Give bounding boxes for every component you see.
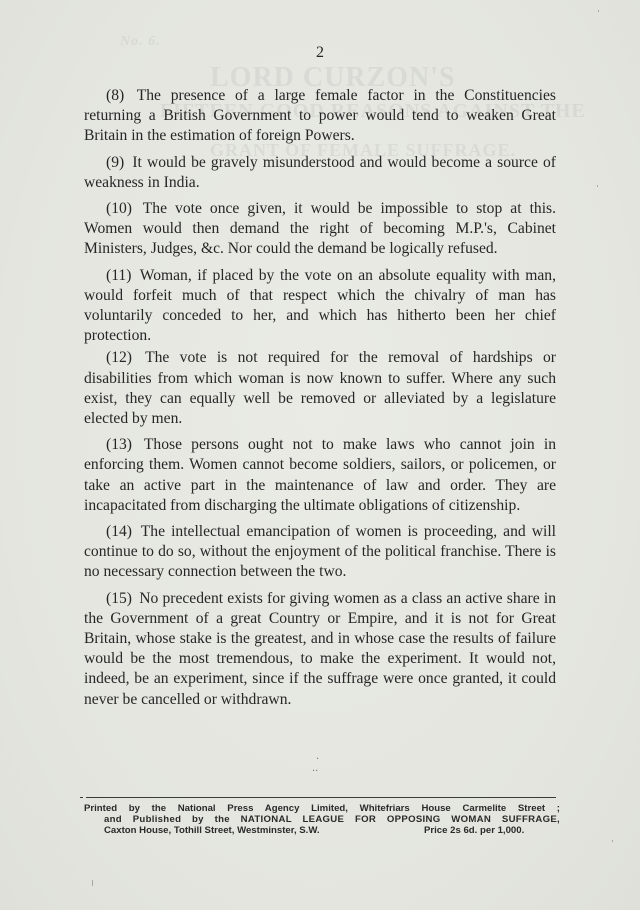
- imprint-publisher-line: and Published by the NATIONAL LEAGUE FOR…: [84, 814, 560, 825]
- reason-text: The vote is not required for the removal…: [84, 349, 556, 427]
- reason-number: (14): [106, 523, 132, 540]
- reason-text: Woman, if placed by the vote on an absol…: [84, 267, 556, 345]
- reason-15: (15) No precedent exists for giving wome…: [84, 589, 556, 710]
- reason-text: The vote once given, it would be impossi…: [84, 200, 556, 257]
- reason-text: Those persons ought not to make laws who…: [84, 436, 556, 514]
- reason-number: (12): [106, 349, 132, 366]
- page-number: 2: [0, 44, 640, 62]
- imprint-publisher-prefix: and Published by the: [104, 814, 241, 825]
- imprint-address-line: Caxton House, Tothill Street, Westminste…: [84, 825, 560, 836]
- end-ornament: · ··: [310, 755, 340, 785]
- reason-12: (12) The vote is not required for the re…: [84, 348, 556, 429]
- imprint-publisher-org: NATIONAL LEAGUE FOR OPPOSING WOMAN SUFFR…: [241, 814, 560, 825]
- paper-speck: [92, 880, 93, 886]
- reason-14: (14) The intellectual emancipation of wo…: [84, 522, 556, 583]
- reason-text: The intellectual emancipation of women i…: [84, 523, 556, 580]
- reason-number: (13): [106, 436, 132, 453]
- imprint-printer-line: Printed by the National Press Agency Lim…: [84, 803, 560, 814]
- imprint-price: Price 2s 6d. per 1,000.: [424, 825, 524, 836]
- imprint-address: Caxton House, Tothill Street, Westminste…: [104, 825, 320, 836]
- paper-speck: [612, 840, 613, 842]
- reason-text: It would be gravely misunderstood and wo…: [84, 154, 556, 191]
- footer-rule-stub: [80, 797, 83, 798]
- reason-text: No precedent exists for giving women as …: [84, 590, 556, 708]
- footer-rule: [86, 797, 556, 798]
- printer-imprint: Printed by the National Press Agency Lim…: [84, 803, 560, 836]
- reason-number: (9): [106, 154, 124, 171]
- reason-number: (10): [106, 200, 132, 217]
- reason-number: (15): [106, 590, 132, 607]
- paper-speck: [598, 10, 599, 12]
- reason-number: (11): [106, 267, 131, 284]
- reason-8: (8) The presence of a large female facto…: [84, 86, 556, 147]
- reason-13: (13) Those persons ought not to make law…: [84, 435, 556, 516]
- reason-text: The presence of a large female factor in…: [84, 87, 556, 144]
- reasons-list: (8) The presence of a large female facto…: [84, 86, 556, 716]
- document-page: No. 6. LORD CURZON'S FIFTEEN GOOD REASON…: [0, 0, 640, 910]
- reason-11: (11) Woman, if placed by the vote on an …: [84, 266, 556, 347]
- reason-10: (10) The vote once given, it would be im…: [84, 199, 556, 260]
- paper-speck: [597, 185, 598, 187]
- reason-number: (8): [106, 87, 124, 104]
- reason-9: (9) It would be gravely misunderstood an…: [84, 153, 556, 193]
